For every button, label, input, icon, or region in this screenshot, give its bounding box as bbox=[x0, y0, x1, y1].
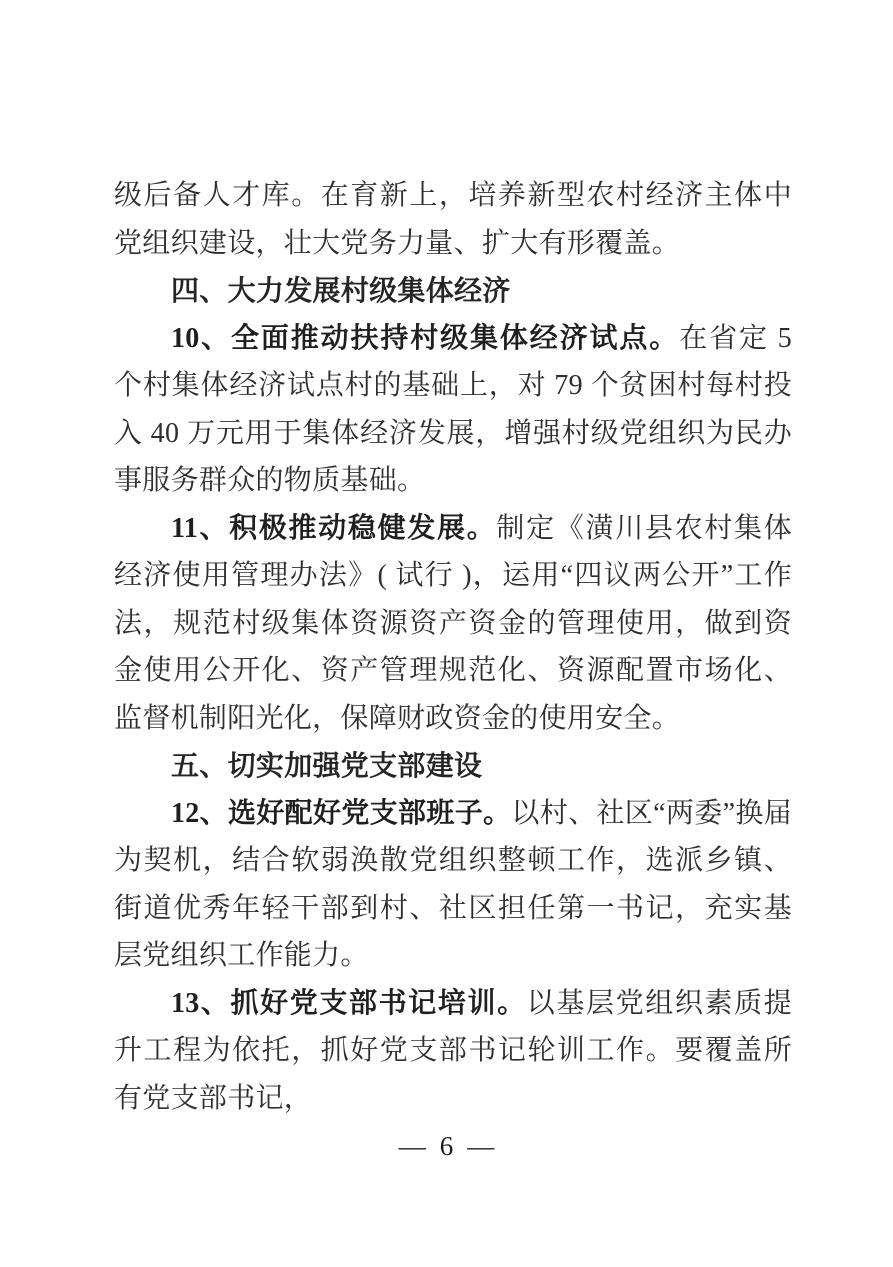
page-number: 6 bbox=[428, 1131, 466, 1161]
numbered-paragraph: 13、抓好党支部书记培训。以基层党组织素质提升工程为依托，抓好党支部书记轮训工作… bbox=[114, 980, 792, 1123]
page-footer: —6— bbox=[0, 1129, 893, 1163]
document-page: 级后备人才库。在育新上，培养新型农村经济主体中党组织建设，壮大党务力量、扩大有形… bbox=[0, 0, 893, 1267]
item-number-lead: 12、选好配好党支部班子。 bbox=[171, 798, 511, 829]
body-paragraph: 级后备人才库。在育新上，培养新型农村经济主体中党组织建设，壮大党务力量、扩大有形… bbox=[114, 172, 792, 267]
footer-left-dash: — bbox=[397, 1131, 428, 1161]
footer-right-dash: — bbox=[465, 1131, 496, 1161]
item-text: 制定《潢川县农村集体经济使用管理办法》( 试行 )，运用“四议两公开”工作法，规… bbox=[114, 513, 792, 734]
numbered-paragraph: 11、积极推动稳健发展。制定《潢川县农村集体经济使用管理办法》( 试行 )，运用… bbox=[114, 505, 792, 743]
numbered-paragraph: 12、选好配好党支部班子。以村、社区“两委”换届为契机，结合软弱涣散党组织整顿工… bbox=[114, 790, 792, 980]
item-number-lead: 11、积极推动稳健发展。 bbox=[171, 513, 496, 544]
numbered-paragraph: 10、全面推动扶持村级集体经济试点。在省定 5 个村集体经济试点村的基础上，对 … bbox=[114, 315, 792, 505]
section-heading: 五、切实加强党支部建设 bbox=[114, 742, 792, 790]
item-number-lead: 13、抓好党支部书记培训。 bbox=[171, 988, 527, 1019]
section-heading: 四、大力发展村级集体经济 bbox=[114, 267, 792, 315]
document-body: 级后备人才库。在育新上，培养新型农村经济主体中党组织建设，壮大党务力量、扩大有形… bbox=[114, 172, 792, 1122]
item-number-lead: 10、全面推动扶持村级集体经济试点。 bbox=[171, 323, 679, 354]
